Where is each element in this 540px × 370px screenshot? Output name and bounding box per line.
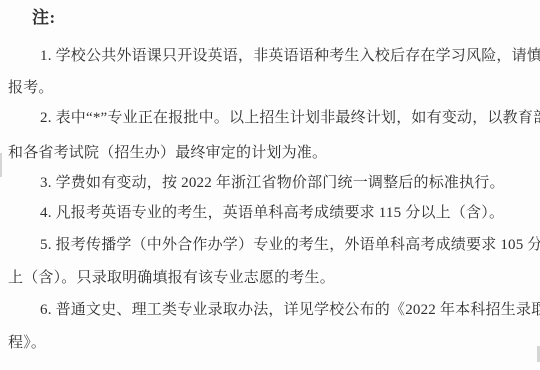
note-line: 报考。 xyxy=(8,80,532,97)
note-line: 2. 表中“*”专业正在报批中。以上招生计划非最终计划，如有变动，以教育部 xyxy=(40,110,532,127)
note-line: 程》。 xyxy=(8,335,532,352)
notes-heading: 注: xyxy=(32,9,56,26)
note-line: 3. 学费如有变动，按 2022 年浙江省物价部门统一调整后的标准执行。 xyxy=(40,175,532,192)
note-line: 6. 普通文史、理工类专业录取办法，详见学校公布的《2022 年本科招生录取章 xyxy=(40,302,532,319)
note-line: 5. 报考传播学（中外合作办学）专业的考生，外语单科高考成绩要求 105 分以 xyxy=(40,237,532,254)
scan-artifact-left xyxy=(0,153,2,177)
note-line: 4. 凡报考英语专业的考生，英语单科高考成绩要求 115 分以上（含）。 xyxy=(40,205,532,222)
note-line: 和各省考试院（招生办）最终审定的计划为准。 xyxy=(8,145,532,162)
note-line: 1. 学校公共外语课只开设英语，非英语语种考生入校后存在学习风险，请慎重 xyxy=(40,48,532,65)
note-line: 上（含）。只录取明确填报有该专业志愿的考生。 xyxy=(8,270,532,287)
document-page: 注: 1. 学校公共外语课只开设英语，非英语语种考生入校后存在学习风险，请慎重 … xyxy=(0,0,540,370)
